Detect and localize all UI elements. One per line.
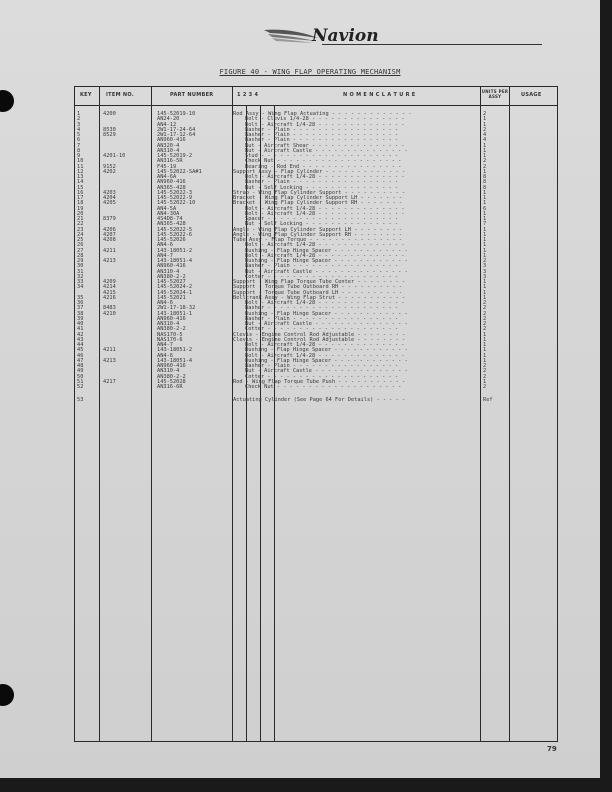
document-page: Navion FIGURE 40 - WING FLAP OPERATING M… [0, 0, 600, 778]
header-indent-levels: 1 2 3 4 [237, 92, 258, 98]
units-cell: Ref [483, 398, 503, 403]
header-item-no: ITEM NO. [106, 92, 134, 98]
table-row [75, 390, 557, 395]
header-key: KEY [80, 92, 92, 98]
table-body: 14200145-52019-10Rod Assy - Wing Flap Ac… [75, 112, 557, 403]
header-nomenclature: N O M E N C L A T U R E [343, 92, 416, 98]
navion-logo: Navion [262, 26, 432, 52]
logo-underline [322, 44, 542, 45]
header-divider [75, 105, 557, 106]
header-units-per-assy: UNITS PER ASSY [481, 89, 509, 99]
header-usage: USAGE [521, 92, 542, 98]
header-part-number: PART NUMBER [170, 92, 213, 98]
punch-hole [0, 90, 14, 112]
nomenclature-cell: Actuating Cylinder (See Page 64 For Deta… [233, 398, 405, 403]
logo-text: Navion [312, 26, 379, 46]
key-cell: 53 [77, 398, 97, 403]
parts-table: KEY ITEM NO. PART NUMBER 1 2 3 4 N O M E… [74, 86, 558, 742]
table-row: 53Actuating Cylinder (See Page 64 For De… [75, 398, 557, 403]
figure-title: FIGURE 40 - WING FLAP OPERATING MECHANIS… [200, 68, 420, 76]
page-number: 79 [547, 745, 557, 753]
punch-hole [0, 684, 14, 706]
